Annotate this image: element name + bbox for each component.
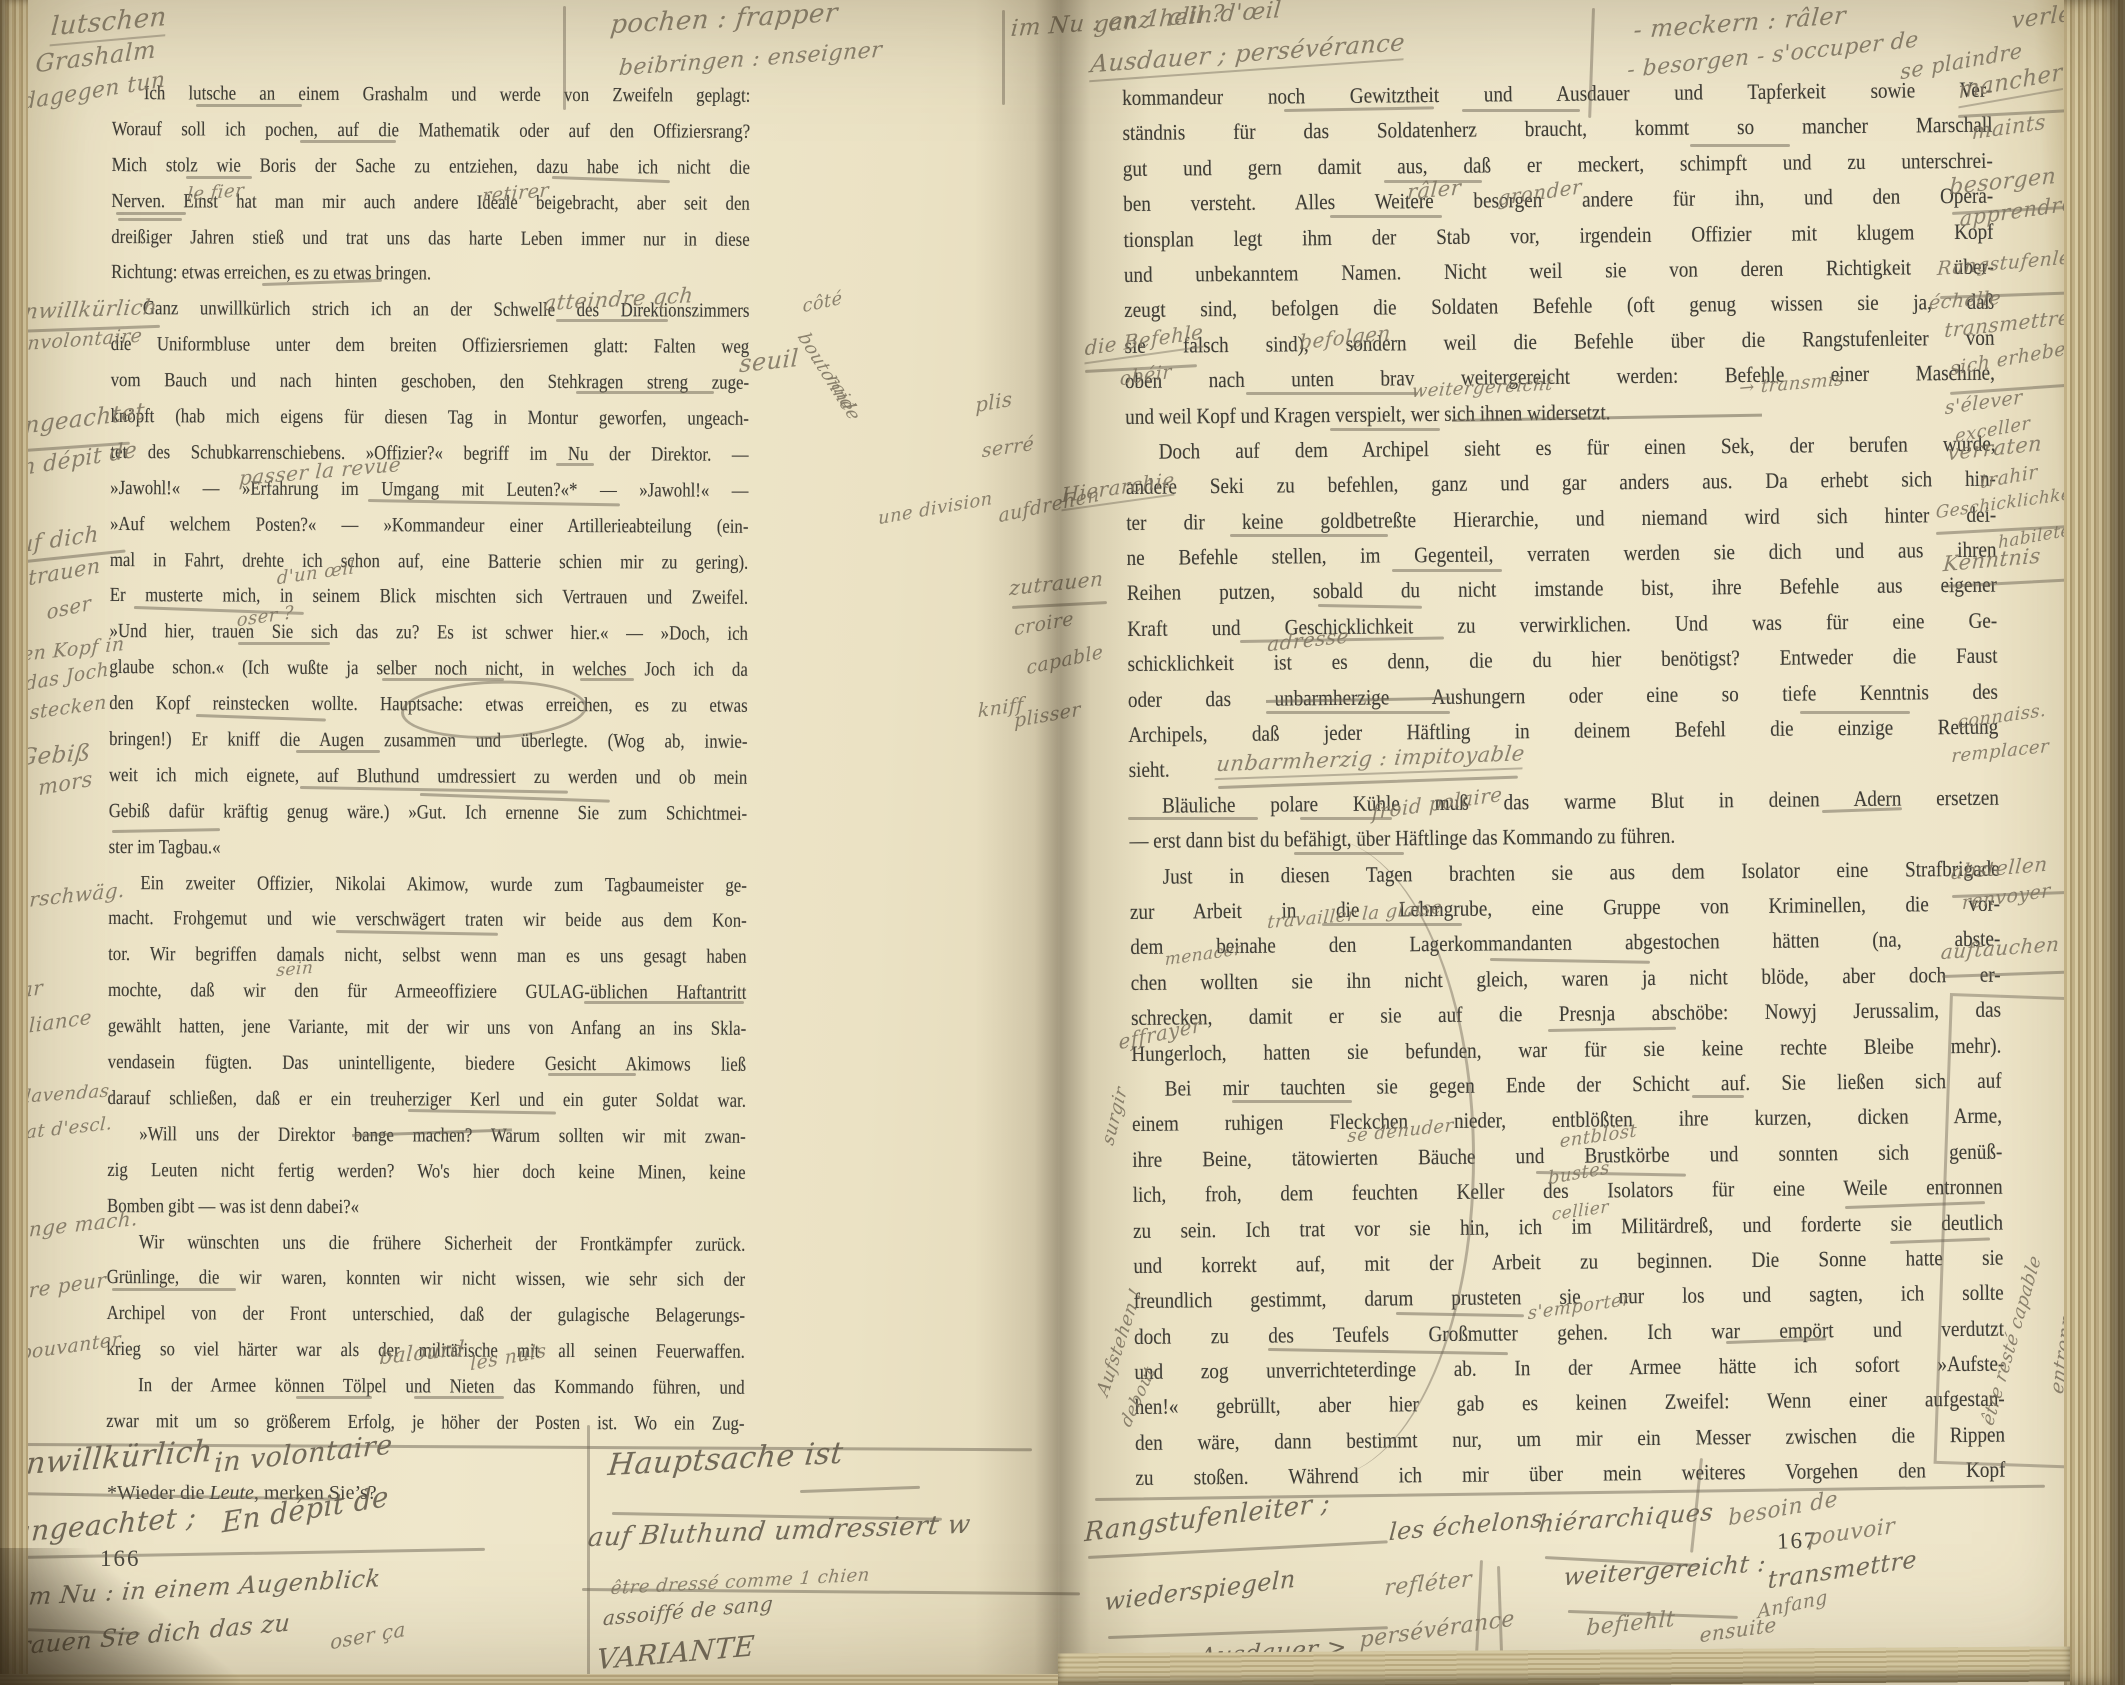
printed-text-line: den Kopf reinstecken wollte. Hauptsache:… (109, 686, 748, 725)
footnote: *Wieder die Leute, merken Sie’s? (107, 1482, 377, 1505)
footnote-pre: *Wieder die (107, 1482, 209, 1504)
printed-text-line: vom Bauch und nach hinten geschoben, den… (111, 363, 750, 402)
printed-text-line: dreißiger Jahren stieß und trat uns das … (111, 220, 750, 259)
page-stack-edge-left (0, 0, 28, 1685)
printed-text-line: macht. Frohgemut und wie verschwägert tr… (108, 901, 747, 940)
footnote-emphasis: Leute (209, 1482, 253, 1504)
printed-text-line: ster im Tagbau.« (109, 830, 748, 869)
printed-text-line: mochte, daß wir den für Armeeoffiziere G… (108, 973, 747, 1012)
printed-text-line: Ein zweiter Offizier, Nikolai Akimow, wu… (108, 866, 747, 905)
printed-text-line: Archipel von der Front unterschied, daß … (107, 1296, 746, 1335)
book-scan-photo: Ich lutsche an einem Grashalm und werde … (0, 0, 2125, 1685)
printed-text-line: tet des Schubkarrenschiebens. »Offizier?… (110, 435, 749, 474)
printed-text-line: tor. Wir begriffen damals nicht, selbst … (108, 937, 747, 976)
printed-text-line: Er musterte mich, in seinem Blick mischt… (110, 578, 749, 617)
printed-text-line: gewählt hatten, jene Variante, mit der w… (108, 1009, 747, 1048)
printed-text-line: die Uniformbluse unter dem breiten Offiz… (111, 327, 750, 366)
printed-text-line: bringen!) Er kniff die Augen zusammen un… (109, 722, 748, 761)
printed-text-line: mal in Fahrt, drehte ich schon auf, eine… (110, 543, 749, 582)
printed-text-line: Wir wünschten uns die frühere Sicherheit… (107, 1224, 746, 1263)
printed-text-line: zwar mit um so größerem Erfolg, je höher… (106, 1404, 745, 1443)
right-page-text: kommandeur noch Gewitztheit und Ausdauer… (1122, 70, 2125, 1495)
printed-text-line: weit ich mich eignete, auf Bluthund umdr… (109, 758, 748, 797)
printed-text-line: »Auf welchem Posten?« — »Kommandeur eine… (110, 507, 749, 546)
printed-text-line: zig Leuten nicht fertig werden? Wo's hie… (107, 1153, 746, 1192)
printed-text-line: Mich stolz wie Boris der Sache zu entzie… (112, 148, 751, 187)
printed-text-line: Ich lutsche an einem Grashalm und werde … (112, 76, 751, 115)
printed-text-line: glaube schon.« (Ich wußte ja selber noch… (109, 650, 748, 689)
printed-text-line: darauf schließen, daß er ein treuherzige… (107, 1081, 746, 1120)
printed-text-line: Grünlinge, die wir waren, konnten wir ni… (107, 1260, 746, 1299)
printed-text-line: Worauf soll ich pochen, auf die Mathemat… (112, 112, 751, 151)
printed-text-line: Gebiß dafür kräftig genug wäre.) »Gut. I… (109, 794, 748, 833)
printed-text-line: knöpft (hab mich eigens für diesen Tag i… (110, 399, 749, 438)
page-stack-edge-bottom-right (1058, 1646, 2070, 1685)
printed-text-line: vendasein fügten. Das unintelligente, bi… (108, 1045, 747, 1084)
printed-text-line: Nerven. Einst hat man mir auch andere Id… (111, 184, 750, 223)
printed-text-line: In der Armee können Tölpel und Nieten da… (106, 1368, 745, 1407)
page-stack-edge-bottom-left (0, 1674, 1058, 1685)
page-number-left: 166 (100, 1546, 141, 1572)
page-number-right: 167 (1777, 1527, 1818, 1554)
footnote-post: , merken Sie’s? (254, 1482, 377, 1504)
printed-text-line: »Und hier, trauen Sie sich das zu? Es is… (109, 614, 748, 653)
printed-text-line: »Jawohl!« — »Erfahrung im Umgang mit Leu… (110, 471, 749, 510)
printed-text-line: Richtung: etwas erreichen, es zu etwas b… (111, 255, 750, 294)
printed-text-line: »Will uns der Direktor bange machen? War… (107, 1117, 746, 1156)
left-page-text: Ich lutsche an einem Grashalm und werde … (106, 76, 872, 1443)
page-stack-edge-right (2064, 0, 2125, 1685)
printed-text-line: krieg so viel härter war als der militär… (106, 1332, 745, 1371)
printed-text-line: Ganz unwillkürlich strich ich an der Sch… (111, 291, 750, 330)
printed-text-line: Bomben gibt — was ist denn dabei?« (107, 1189, 746, 1228)
